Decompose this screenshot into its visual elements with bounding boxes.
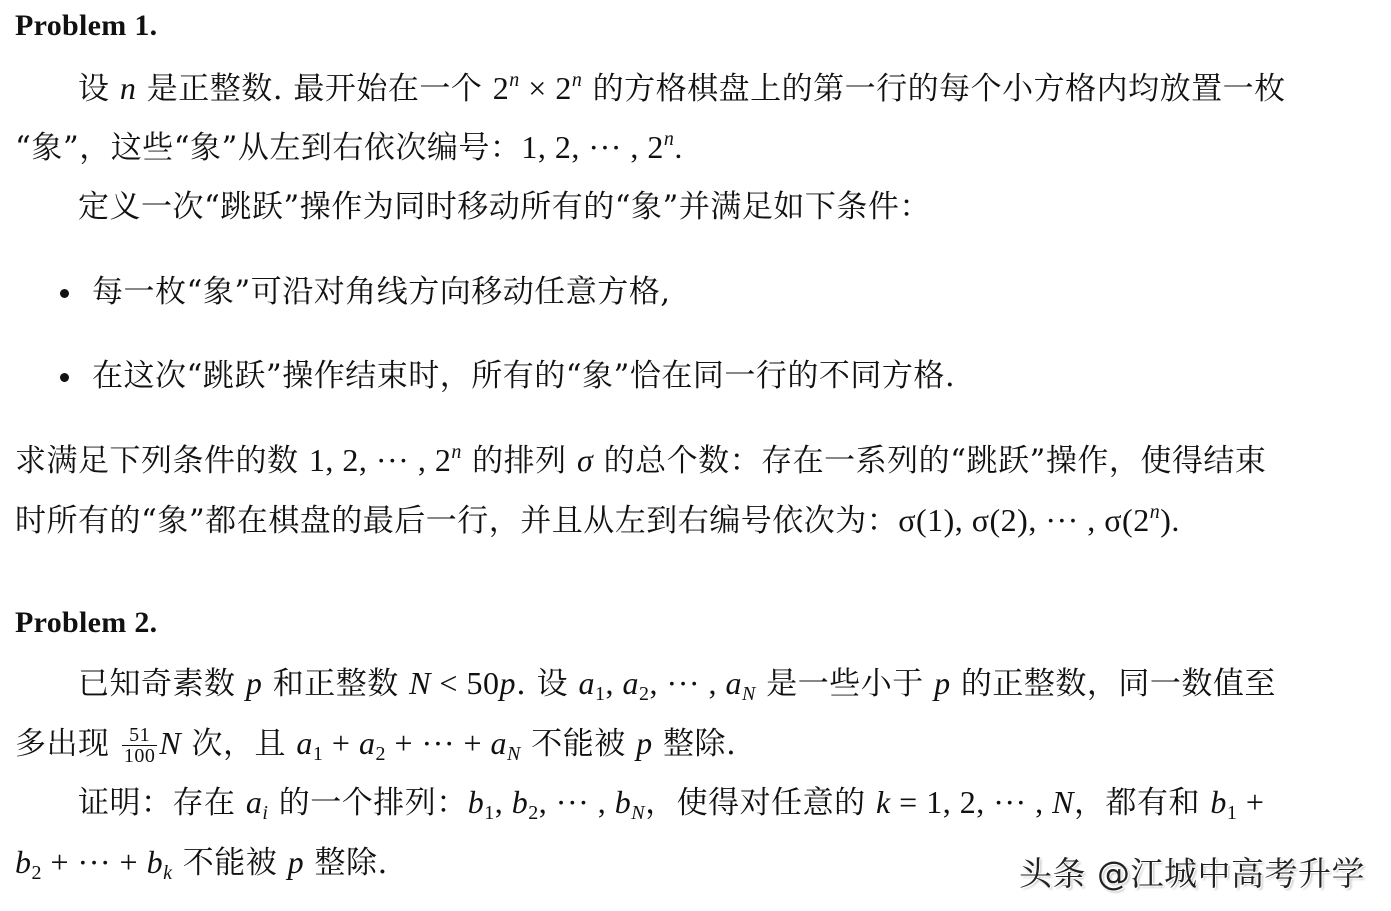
bullet-icon (60, 373, 69, 382)
problem-1-paragraph-3-line-1: 求满足下列条件的数 1, 2, ··· , 2n 的排列 σ 的总个数：存在一系… (15, 440, 1266, 481)
problem-2-paragraph-1-line-2: 多出现 51100N 次，且 a1 + a2 + ··· + aN 不能被 p … (15, 723, 736, 766)
problem-2-paragraph-2-line-2: b2 + ··· + bk 不能被 p 整除. (15, 842, 388, 883)
watermark: 头条 @江城中高考升学 (1019, 848, 1365, 895)
problem-2-paragraph-2-line-1: 证明：存在 ai 的一个排列：b1, b2, ··· , bN，使得对任意的 k… (78, 782, 1264, 823)
problem-1-paragraph-1-line-1: 设 n 是正整数. 最开始在一个 2n × 2n 的方格棋盘上的第一行的每个小方… (78, 68, 1286, 109)
problem-2-heading: Problem 2. (15, 603, 157, 643)
problem-1-bullet-1: 每一枚“象”可沿对角线方向移动任意方格, (92, 272, 671, 312)
problem-1-heading: Problem 1. (15, 6, 157, 46)
problem-1-bullet-2: 在这次“跳跃”操作结束时，所有的“象”恰在同一行的不同方格. (92, 356, 955, 396)
document-page: Problem 1. 设 n 是正整数. 最开始在一个 2n × 2n 的方格棋… (0, 0, 1391, 911)
problem-2-paragraph-1-line-1: 已知奇素数 p 和正整数 N < 50p. 设 a1, a2, ··· , aN… (78, 663, 1276, 704)
fraction-51-over-100: 51100 (122, 725, 158, 766)
bullet-icon (60, 289, 69, 298)
problem-1-paragraph-2: 定义一次“跳跃”操作为同时移动所有的“象”并满足如下条件： (78, 187, 931, 227)
problem-1-paragraph-3-line-2: 时所有的“象”都在棋盘的最后一行，并且从左到右编号依次为：σ(1), σ(2),… (15, 500, 1180, 541)
problem-1-paragraph-1-line-2: “象”，这些“象”从左到右依次编号：1, 2, ··· , 2n. (15, 127, 683, 168)
